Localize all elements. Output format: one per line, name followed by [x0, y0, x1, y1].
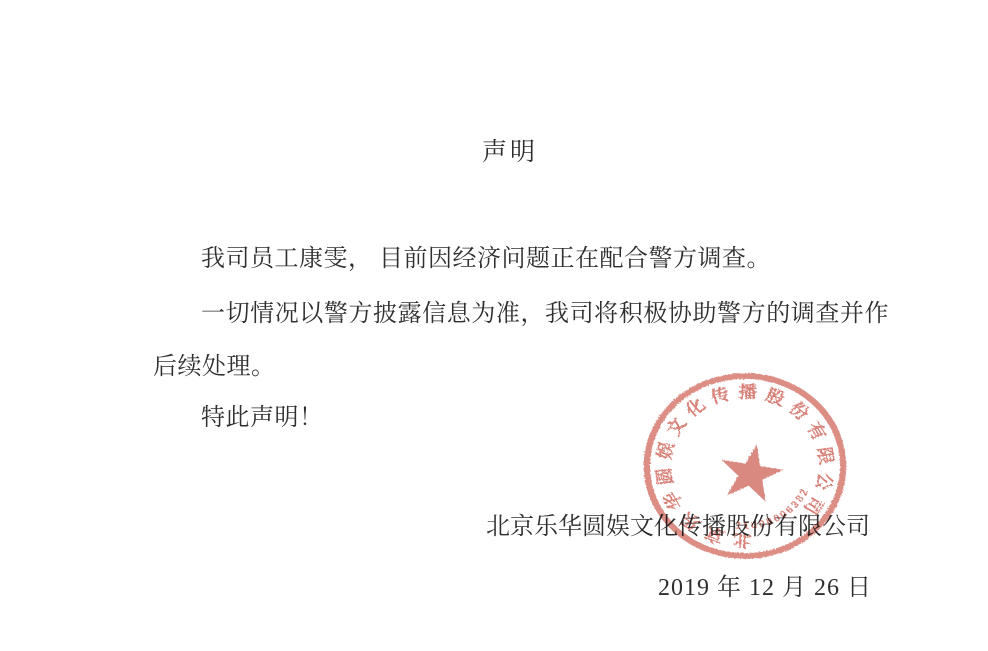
svg-text:公: 公 [812, 471, 836, 492]
statement-document: 声明 我司员工康雯， 目前因经济问题正在配合警方调查。 一切情况以警方披露信息为… [0, 0, 988, 651]
company-signature: 北京乐华圆娱文化传播股份有限公司 [486, 506, 870, 541]
page-title: 声明 [0, 132, 988, 168]
svg-text:限: 限 [813, 446, 836, 466]
svg-text:2: 2 [798, 488, 811, 498]
svg-text:8: 8 [794, 494, 807, 505]
svg-text:圆: 圆 [653, 466, 676, 486]
statement-paragraph-1: 我司员工康雯， 目前因经济问题正在配合警方调查。 [153, 233, 889, 286]
statement-paragraph-3: 特此声明！ [153, 392, 889, 445]
star-icon [715, 439, 788, 504]
statement-paragraph-2: 一切情况以警方披露信息为准，我司将积极协助警方的调查并作后续处理。 [153, 288, 889, 394]
statement-date: 2019 年 12 月 26 日 [658, 567, 872, 602]
